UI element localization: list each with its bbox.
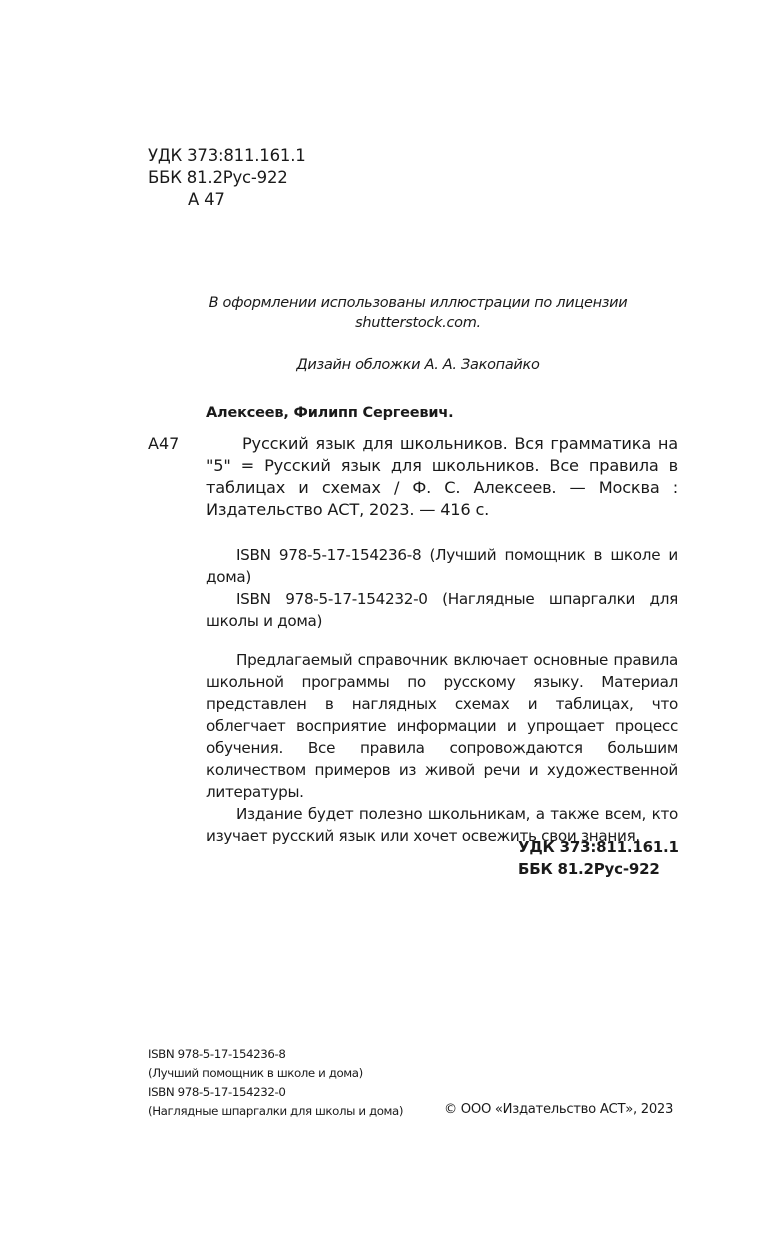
annotation-paragraph: Предлагаемый справочник включает основны… bbox=[206, 649, 678, 803]
footer-isbn-block: ISBN 978-5-17-154236-8 (Лучший помощник … bbox=[148, 1045, 403, 1121]
bbk-code: ББК 81.2Рус-922 bbox=[518, 858, 679, 880]
catalog-title-description: Русский язык для школьников. Вся граммат… bbox=[206, 433, 678, 521]
udk-code: УДК 373:811.161.1 bbox=[148, 145, 306, 167]
isbn-entry: ISBN 978-5-17-154236-8 (Лучший помощник … bbox=[206, 544, 678, 588]
footer-isbn-line: (Наглядные шпаргалки для школы и дома) bbox=[148, 1102, 403, 1121]
illustrations-credit-line1: В оформлении использованы иллюстрации по… bbox=[148, 293, 688, 313]
copyright-notice: © ООО «Издательство АСТ», 2023 bbox=[444, 1102, 673, 1117]
footer-isbn-line: ISBN 978-5-17-154236-8 bbox=[148, 1045, 403, 1064]
annotation: Предлагаемый справочник включает основны… bbox=[206, 649, 678, 847]
catalog-classification-codes: УДК 373:811.161.1 ББК 81.2Рус-922 bbox=[518, 836, 679, 880]
udk-code: УДК 373:811.161.1 bbox=[518, 836, 679, 858]
footer-isbn-line: ISBN 978-5-17-154232-0 bbox=[148, 1083, 403, 1102]
footer-isbn-line: (Лучший помощник в школе и дома) bbox=[148, 1064, 403, 1083]
header-classification-codes: УДК 373:811.161.1 ББК 81.2Рус-922 А 47 bbox=[148, 145, 306, 211]
catalog-code: А47 bbox=[148, 433, 179, 455]
illustrations-credit-line2: shutterstock.com. bbox=[148, 313, 688, 333]
catalog-author: Алексеев, Филипп Сергеевич. bbox=[206, 405, 453, 421]
cover-design-credit: Дизайн обложки А. А. Закопайко bbox=[148, 355, 688, 375]
author-mark: А 47 bbox=[148, 189, 306, 211]
isbn-entry: ISBN 978-5-17-154232-0 (Наглядные шпарга… bbox=[206, 588, 678, 632]
catalog-isbn-list: ISBN 978-5-17-154236-8 (Лучший помощник … bbox=[206, 544, 678, 632]
bbk-code: ББК 81.2Рус-922 bbox=[148, 167, 306, 189]
credits: В оформлении использованы иллюстрации по… bbox=[148, 293, 688, 375]
